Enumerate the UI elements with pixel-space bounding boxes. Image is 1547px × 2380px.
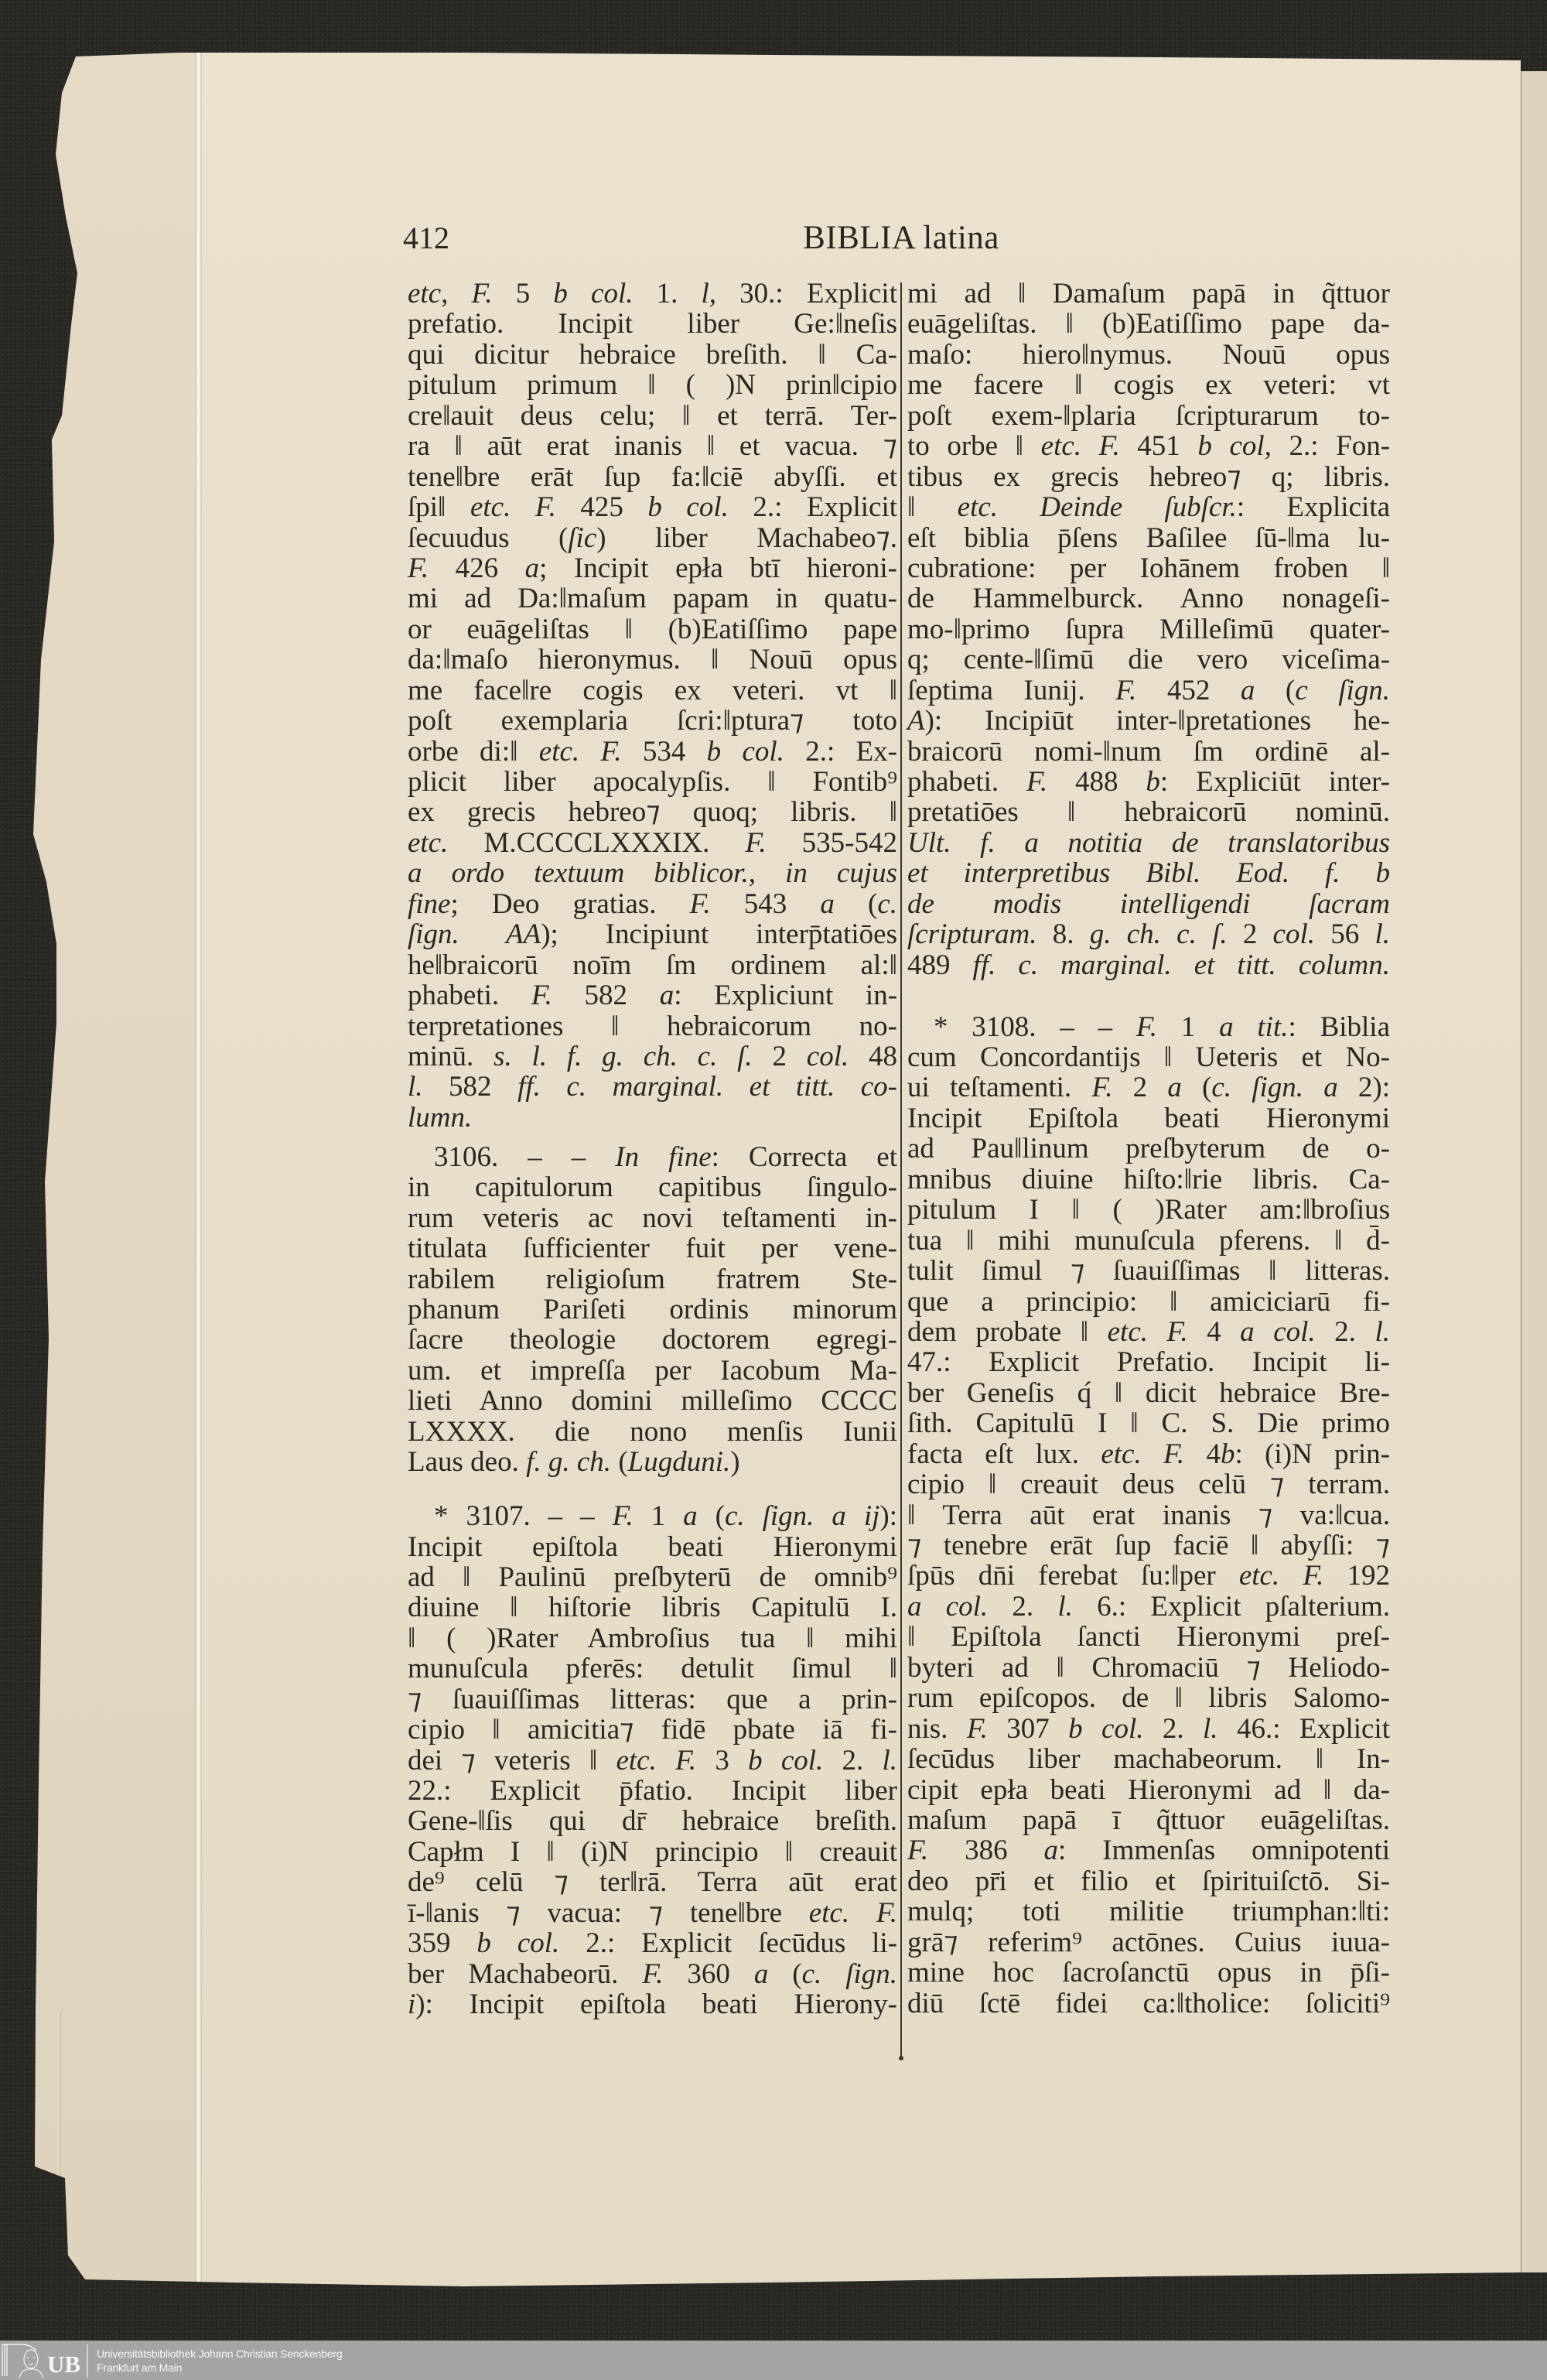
- text-line: Incipit Epiſtola beati Hieronymi: [907, 1103, 1390, 1134]
- roman-run: mnibus diuine hiſto:‖rie libris. Ca-: [907, 1164, 1390, 1195]
- roman-run: prefatio. Incipit liber Ge:‖neſis: [408, 308, 897, 340]
- roman-run: (: [835, 888, 877, 920]
- italic-run: F.: [472, 278, 493, 309]
- text-line: ex grecis hebreo⁊ quoq; libris. ‖: [408, 797, 897, 827]
- text-line: cre‖auit deus celu; ‖ et terrā. Ter-: [408, 401, 897, 431]
- roman-run: 2.: [823, 1745, 882, 1776]
- text-line: orbe di:‖ etc. F. 534 b col. 2.: Ex-: [408, 737, 897, 767]
- roman-run: 425: [556, 491, 647, 523]
- roman-run: 535-542: [767, 827, 897, 859]
- roman-run: * 3108. – –: [934, 1011, 1136, 1043]
- roman-run: poſt exem-‖plaria ſcripturarum to-: [907, 400, 1390, 432]
- text-line: in capitulorum capitibus ſingulo-: [408, 1172, 897, 1202]
- italic-run: F.: [1136, 1011, 1157, 1043]
- roman-run: mo-‖primo ſupra Milleſimū quater-: [907, 614, 1390, 645]
- roman-run: ra ‖ aūt erat inanis ‖ et vacua. ⁊: [408, 430, 897, 462]
- text-line: qui dicitur hebraice breſith. ‖ Ca-: [408, 340, 897, 370]
- roman-run: ſecuudus (: [408, 522, 568, 554]
- roman-run: diū ſctē fidei ca:‖tholice: ſoliciti⁹: [907, 1988, 1390, 2019]
- roman-run: de⁹ celū ⁊ ter‖rā. Terra aūt erat: [408, 1866, 897, 1898]
- italic-run: b col,: [1197, 430, 1272, 462]
- catalog-entry-3107: * 3107. – – F. 1 a (c. ſign. a ij):Incip…: [408, 1501, 897, 2019]
- underlying-page-edge: [1516, 71, 1547, 2272]
- text-line: ſpi‖ etc. F. 425 b col. 2.: Explicit: [408, 492, 897, 522]
- italic-run: l.: [1203, 1713, 1218, 1745]
- text-line: de Hammelburck. Anno nonageſi-: [907, 583, 1390, 614]
- text-line: ſecūdus liber machabeorum. ‖ In-: [907, 1744, 1390, 1774]
- text-line: eſt biblia p̄ſens Baſilee ſū-‖ma lu-: [907, 523, 1390, 553]
- roman-run: 2.: Fon-: [1272, 430, 1390, 462]
- italic-run: ſic: [568, 522, 596, 554]
- text-line: phabeti. F. 582 a: Expliciunt in-: [408, 980, 897, 1010]
- roman-run: phabeti.: [907, 766, 1026, 798]
- roman-run: 2.: [1144, 1713, 1204, 1745]
- italic-run: g. ch. c. ſ.: [1090, 918, 1228, 950]
- text-line: * 3108. – – F. 1 a tit.: Biblia: [907, 1012, 1390, 1042]
- roman-run: 451: [1120, 430, 1198, 462]
- italic-run: ff. c. marginal. et titt. column.: [973, 949, 1390, 981]
- text-line: me facere ‖ cogis ex veteri: vt: [907, 370, 1390, 400]
- roman-run: 4: [1184, 1438, 1221, 1470]
- italic-run: etc. F.: [1041, 430, 1120, 462]
- roman-run: pitulum primum ‖ ( )N prin‖cipio: [408, 369, 897, 401]
- entry-continuation: mi ad ‖ Damaſum papā in q̃ttuoreuāgeliſt…: [907, 279, 1390, 980]
- roman-run: tene‖bre erāt ſup fa:‖ciē abyſſi. et: [408, 461, 897, 493]
- text-line: diū ſctē fidei ca:‖tholice: ſoliciti⁹: [907, 1988, 1390, 2019]
- roman-run: 22.: Explicit p̄fatio. Incipit liber: [408, 1775, 897, 1807]
- roman-run: ſith. Capitulū I ‖ C. S. Die primo: [907, 1407, 1390, 1439]
- roman-run: ); Incipiunt interp̄tatiōes: [541, 918, 897, 950]
- italic-run: etc. F.: [616, 1745, 696, 1776]
- roman-run: dem probate ‖: [907, 1316, 1108, 1348]
- roman-run: orbe di:‖: [408, 736, 539, 768]
- roman-run: me facere ‖ cogis ex veteri: vt: [907, 369, 1390, 401]
- roman-run: braicorū nomi-‖num ſm ordinē al-: [907, 736, 1390, 768]
- column-divider: [900, 282, 902, 2058]
- roman-run: 2.: Explicit ſecūdus li-: [559, 1927, 897, 1959]
- italic-run: F.: [967, 1713, 988, 1745]
- roman-run: 488: [1047, 766, 1146, 798]
- text-line: ī-‖anis ⁊ vacua: ⁊ tene‖bre etc. F.: [408, 1898, 897, 1928]
- footer-bar: UB Universitätsbibliothek Johann Christi…: [0, 2341, 1547, 2380]
- roman-run: : Biblia: [1289, 1011, 1391, 1043]
- italic-run: F.: [613, 1500, 633, 1532]
- text-line: cipio ‖ creauit deus celū ⁊ terram.: [907, 1469, 1390, 1499]
- text-line: to orbe ‖ etc. F. 451 b col, 2.: Fon-: [907, 431, 1390, 461]
- roman-run: 192: [1323, 1560, 1390, 1592]
- roman-run: : Explicita: [1237, 491, 1390, 523]
- roman-run: 2: [753, 1041, 807, 1072]
- text-line: deo pr̄i et filio et ſpirituiſctō. Si-: [907, 1866, 1390, 1896]
- roman-run: in capitulorum capitibus ſingulo-: [408, 1171, 897, 1203]
- roman-run: ſeptima Iunij.: [907, 675, 1115, 706]
- text-line: et interpretibus Bibl. Eod. f. b: [907, 858, 1390, 888]
- portrait-icon: [19, 2350, 43, 2378]
- roman-run: [1279, 1560, 1303, 1592]
- text-line: pretatiōes ‖ hebraicorū nominū.: [907, 797, 1390, 827]
- italic-run: l.: [1375, 918, 1390, 950]
- italic-run: Lugduni.: [628, 1446, 731, 1478]
- italic-run: l.: [408, 1071, 423, 1103]
- text-line: ra ‖ aūt erat inanis ‖ et vacua. ⁊: [408, 431, 897, 461]
- text-line: prefatio. Incipit liber Ge:‖neſis: [408, 309, 897, 339]
- italic-run: i: [408, 1988, 415, 2020]
- italic-run: ſign. AA: [408, 918, 541, 950]
- roman-run: ‖: [907, 491, 958, 523]
- italic-run: In fine: [615, 1141, 711, 1173]
- italic-run: b col.: [748, 1745, 823, 1776]
- italic-run: etc. F.: [1101, 1438, 1184, 1470]
- text-line: nis. F. 307 b col. 2. l. 46.: Explicit: [907, 1714, 1390, 1744]
- text-line: Incipit epiſtola beati Hieronymi: [408, 1532, 897, 1562]
- roman-run: ſacre theologie doctorem egregi-: [408, 1324, 897, 1356]
- text-line: cipit epła beati Hieronymi ad ‖ da-: [907, 1775, 1390, 1805]
- roman-run: pitulum I ‖ ( )Rater am:‖broſius: [907, 1194, 1390, 1226]
- roman-run: 2.: [1316, 1316, 1375, 1348]
- roman-run: pretatiōes ‖ hebraicorū nominū.: [907, 796, 1390, 828]
- roman-run: 30.: Explicit: [716, 278, 897, 309]
- italic-run: a: [754, 1958, 769, 1990]
- text-line: Gene-‖ſis qui dr̄ hebraice breſith.: [408, 1806, 897, 1836]
- text-line: diuine ‖ hiſtorie libris Capitulū I.: [408, 1592, 897, 1623]
- roman-run: ):: [879, 1500, 897, 1532]
- ub-logo: UB: [0, 2341, 93, 2380]
- roman-run: maſo: hiero‖nymus. Nouū opus: [907, 339, 1390, 371]
- text-line: etc, F. 5 b col. 1. l, 30.: Explicit: [408, 279, 897, 309]
- text-line: ſith. Capitulū I ‖ C. S. Die primo: [907, 1408, 1390, 1438]
- text-line: ad Pau‖linum preſbyterum de o-: [907, 1134, 1390, 1164]
- roman-run: munuſcula pferēs: detulit ſimul ‖: [408, 1653, 897, 1684]
- roman-run: byteri ad ‖ Chromaciū ⁊ Heliodo-: [907, 1652, 1390, 1684]
- roman-run: [511, 491, 535, 523]
- catalog-entry-3106: 3106. – – In fine: Correcta etin capitul…: [408, 1142, 897, 1478]
- italic-run: a: [820, 888, 835, 920]
- text-line: ſacre theologie doctorem egregi-: [408, 1325, 897, 1355]
- text-line: a ordo textuum biblicor., in cujus: [408, 858, 897, 888]
- roman-run: : Expliciunt in-: [674, 980, 897, 1011]
- roman-run: cipio ‖ amicitia⁊ fidē pbate iā fi-: [408, 1714, 897, 1746]
- roman-run: rum epiſcopos. de ‖ libris Salomo-: [907, 1682, 1390, 1714]
- text-line: F. 426 a; Incipit epła btī hieroni-: [408, 553, 897, 583]
- italic-run: etc.: [408, 827, 448, 859]
- text-line: q; cente-‖ſimū die vero viceſima-: [907, 645, 1390, 675]
- italic-run: etc.: [1239, 1560, 1279, 1592]
- roman-run: ad Pau‖linum preſbyterum de o-: [907, 1133, 1390, 1164]
- italic-run: b: [1146, 766, 1160, 798]
- roman-run: cum Concordantijs ‖ Ueteris et No-: [907, 1041, 1390, 1073]
- italic-run: b: [1221, 1438, 1235, 1470]
- text-line: cipio ‖ amicitia⁊ fidē pbate iā fi-: [408, 1715, 897, 1745]
- text-line: minū. s. l. f. g. ch. c. ſ. 2 col. 48: [408, 1041, 897, 1072]
- roman-run: 1: [633, 1500, 683, 1532]
- text-line: ber Geneſis q́ ‖ dicit hebraice Bre-: [907, 1378, 1390, 1408]
- roman-run: phabeti.: [408, 980, 531, 1011]
- italic-run: b col.: [707, 736, 784, 768]
- italic-run: l.: [1375, 1316, 1390, 1348]
- roman-run: ): Incipiūt inter-‖pretationes he-: [925, 705, 1390, 737]
- roman-run: um. et impreſſa per Iacobum Ma-: [408, 1355, 897, 1387]
- roman-run: ex grecis hebreo⁊ quoq; libris. ‖: [408, 796, 897, 828]
- catalog-entry-3108: * 3108. – – F. 1 a tit.: Bibliacum Conco…: [907, 1012, 1390, 2019]
- text-line: phabeti. F. 488 b: Expliciūt inter-: [907, 767, 1390, 797]
- roman-run: que a principio: ‖ amiciciarū fi-: [907, 1286, 1390, 1318]
- roman-run: Capłm I ‖ (i)N principio ‖ creauit: [408, 1836, 897, 1868]
- roman-run: lieti Anno domini milleſimo CCCC: [408, 1385, 897, 1417]
- roman-run: 452: [1136, 675, 1241, 706]
- books-icon: [2, 2344, 36, 2376]
- roman-run: 47.: Explicit Prefatio. Incipit li-: [907, 1346, 1390, 1378]
- italic-run: l.: [882, 1745, 897, 1776]
- roman-run: euāgeliſtas. ‖ (b)Eatiſſimo pape da-: [907, 308, 1390, 340]
- italic-run: b col.: [476, 1927, 559, 1959]
- italic-run: F.: [745, 827, 766, 859]
- italic-run: c.: [877, 888, 897, 920]
- text-line: rum epiſcopos. de ‖ libris Salomo-: [907, 1683, 1390, 1713]
- italic-run: F.: [408, 552, 429, 584]
- roman-run: : Correcta et: [712, 1141, 897, 1173]
- text-line: cubratione: per Iohānem froben ‖: [907, 553, 1390, 583]
- italic-run: etc.: [470, 491, 511, 523]
- text-line: tene‖bre erāt ſup fa:‖ciē abyſſi. et: [408, 462, 897, 492]
- roman-run: ‖ Epiſtola ſancti Hieronymi preſ-: [907, 1621, 1390, 1653]
- roman-run: 534: [622, 736, 707, 768]
- text-line: braicorū nomi-‖num ſm ordinē al-: [907, 737, 1390, 767]
- text-line: um. et impreſſa per Iacobum Ma-: [408, 1356, 897, 1386]
- roman-run: ): [730, 1446, 739, 1478]
- italic-run: lumn.: [408, 1102, 472, 1134]
- text-line: ſign. AA); Incipiunt interp̄tatiōes: [408, 919, 897, 949]
- roman-run: 2: [1112, 1072, 1167, 1103]
- text-line: ad ‖ Paulinū preſbyterū de omnib⁹: [408, 1562, 897, 1592]
- text-column-right: mi ad ‖ Damaſum papā in q̃ttuoreuāgeliſt…: [907, 279, 1390, 2019]
- roman-run: Gene-‖ſis qui dr̄ hebraice breſith.: [408, 1805, 897, 1837]
- text-line: byteri ad ‖ Chromaciū ⁊ Heliodo-: [907, 1653, 1390, 1683]
- roman-run: 489: [907, 949, 973, 981]
- text-line: mo-‖primo ſupra Milleſimū quater-: [907, 614, 1390, 645]
- italic-run: F.: [690, 888, 711, 920]
- roman-run: nis.: [907, 1713, 967, 1745]
- text-line: pitulum primum ‖ ( )N prin‖cipio: [408, 370, 897, 400]
- roman-run: 359: [408, 1927, 476, 1959]
- italic-run: a col.: [907, 1591, 988, 1623]
- italic-run: c ſign.: [1295, 675, 1390, 706]
- text-line: munuſcula pferēs: detulit ſimul ‖: [408, 1653, 897, 1684]
- roman-run: ‖ ( )Rater Ambroſius tua ‖ mihi: [408, 1623, 897, 1654]
- italic-run: a: [1241, 675, 1255, 706]
- italic-run: a: [525, 552, 540, 584]
- roman-run: (: [768, 1958, 801, 1990]
- roman-run: mi ad ‖ Damaſum papā in q̃ttuor: [907, 278, 1390, 309]
- roman-run: : Immenſas omnipotenti: [1058, 1835, 1390, 1866]
- roman-run: q; cente-‖ſimū die vero viceſima-: [907, 644, 1390, 675]
- roman-run: ): Incipit epiſtola beati Hierony-: [415, 1988, 897, 2020]
- italic-run: etc. F.: [539, 736, 622, 768]
- roman-run: ad ‖ Paulinū preſbyterū de omnib⁹: [408, 1561, 897, 1593]
- logo-text: UB: [47, 2351, 80, 2378]
- text-line: ‖ Epiſtola ſancti Hieronymi preſ-: [907, 1622, 1390, 1652]
- text-line: mulq; toti militie triumphan:‖ti:: [907, 1896, 1390, 1927]
- text-line: ſcripturam. 8. g. ch. c. ſ. 2 col. 56 l.: [907, 919, 1390, 949]
- text-line: LXXXX. die nono menſis Iunii: [408, 1417, 897, 1447]
- roman-run: * 3107. – –: [434, 1500, 613, 1532]
- roman-run: 543: [711, 888, 821, 920]
- roman-run: (: [698, 1500, 725, 1532]
- italic-run: et interpretibus Bibl. Eod. f. b: [907, 857, 1390, 889]
- italic-run: F.: [1026, 766, 1047, 798]
- roman-run: ſpūs dn̄i ferebat ſu:‖per: [907, 1560, 1239, 1592]
- roman-run: or euāgeliſtas ‖ (b)Eatiſſimo pape: [408, 614, 897, 645]
- text-line: Capłm I ‖ (i)N principio ‖ creauit: [408, 1837, 897, 1867]
- page-crease: [195, 46, 202, 2290]
- text-line: ⁊ tenebre erāt ſup faciē ‖ abyſſi: ⁊: [907, 1530, 1390, 1561]
- text-line: da:‖maſo hieronymus. ‖ Nouū opus: [408, 645, 897, 675]
- roman-run: ‖ Terra aūt erat inanis ⁊ va:‖cua.: [907, 1499, 1390, 1531]
- library-city: Frankfurt am Main: [97, 2361, 342, 2375]
- roman-run: M.CCCCLXXXIX.: [448, 827, 745, 859]
- italic-run: s. l. f. g. ch. c. ſ.: [493, 1041, 753, 1072]
- text-line: l. 582 ff. c. marginal. et titt. co-: [408, 1072, 897, 1102]
- italic-run: l,: [702, 278, 717, 309]
- text-line: maſum papā ī q̃ttuor euāgeliſtas.: [907, 1805, 1390, 1835]
- roman-run: cipio ‖ creauit deus celū ⁊ terram.: [907, 1469, 1390, 1500]
- text-line: tibus ex grecis hebreo⁊ q; libris.: [907, 462, 1390, 492]
- roman-run: Incipit epiſtola beati Hieronymi: [408, 1531, 897, 1563]
- text-line: que a principio: ‖ amiciciarū fi-: [907, 1287, 1390, 1317]
- roman-run: 3106. – –: [434, 1141, 615, 1173]
- italic-run: l.: [1057, 1591, 1073, 1623]
- running-title: BIBLIA latina: [669, 221, 1133, 255]
- italic-run: b col.: [647, 491, 728, 523]
- text-line: maſo: hiero‖nymus. Nouū opus: [907, 340, 1390, 370]
- text-line: tulit ſimul ⁊ ſuauiſſimas ‖ litteras.: [907, 1256, 1390, 1286]
- italic-run: fine: [408, 888, 450, 920]
- text-line: de modis intelligendi ſacram: [907, 889, 1390, 919]
- text-line: ſeptima Iunij. F. 452 a (c ſign.: [907, 675, 1390, 706]
- text-line: A): Incipiūt inter-‖pretationes he-: [907, 706, 1390, 736]
- roman-run: 582: [423, 1071, 518, 1103]
- text-line: grā⁊ referim⁹ actōnes. Cuius iuua-: [907, 1927, 1390, 1958]
- roman-run: rabilem religioſum fratrem Ste-: [408, 1264, 897, 1295]
- roman-run: 1.: [633, 278, 701, 309]
- text-line: euāgeliſtas. ‖ (b)Eatiſſimo pape da-: [907, 309, 1390, 339]
- italic-run: etc. F.: [1108, 1316, 1188, 1348]
- roman-run: facta eſt lux.: [907, 1438, 1101, 1470]
- text-line: plicit liber apocalypſis. ‖ Fontib⁹: [408, 767, 897, 797]
- page-number: 412: [403, 223, 449, 254]
- roman-run: eſt biblia p̄ſens Baſilee ſū-‖ma lu-: [907, 522, 1390, 554]
- italic-run: ſcripturam.: [907, 918, 1037, 950]
- roman-run: tibus ex grecis hebreo⁊ q; libris.: [907, 461, 1390, 493]
- roman-run: Laus deo.: [408, 1446, 526, 1478]
- roman-run: 360: [663, 1958, 753, 1990]
- text-line: de⁹ celū ⁊ ter‖rā. Terra aūt erat: [408, 1867, 897, 1897]
- italic-run: A: [907, 705, 925, 737]
- roman-run: cre‖auit deus celu; ‖ et terrā. Ter-: [408, 400, 897, 432]
- roman-run: ⁊ tenebre erāt ſup faciē ‖ abyſſi: ⁊: [907, 1530, 1390, 1561]
- text-line: rum veteris ac novi teſtamenti in-: [408, 1203, 897, 1233]
- roman-run: Incipit Epiſtola beati Hieronymi: [907, 1103, 1390, 1134]
- text-line: he‖braicorū noīm ſm ordinem al:‖: [408, 950, 897, 980]
- text-line: dem probate ‖ etc. F. 4 a col. 2. l.: [907, 1317, 1390, 1347]
- roman-run: mi ad Da:‖maſum papam in quatu-: [408, 583, 897, 614]
- text-line: facta eſt lux. etc. F. 4b: (i)N prin-: [907, 1439, 1390, 1469]
- roman-run: tua ‖ mihi munuſcula pferens. ‖ d̄-: [907, 1225, 1390, 1257]
- roman-run: : (i)N prin-: [1235, 1438, 1390, 1470]
- roman-run: 582: [552, 980, 660, 1011]
- italic-run: a tit.: [1219, 1011, 1288, 1043]
- text-line: ſecuudus (ſic) liber Machabeo⁊.: [408, 523, 897, 553]
- italic-run: f. g. ch.: [526, 1446, 611, 1478]
- roman-run: phanum Pariſeti ordinis minorum: [408, 1294, 897, 1325]
- text-line: lumn.: [408, 1103, 897, 1133]
- italic-run: a: [683, 1500, 698, 1532]
- entry-continuation: etc, F. 5 b col. 1. l, 30.: Explicitpref…: [408, 279, 897, 1133]
- text-line: 22.: Explicit p̄fatio. Incipit liber: [408, 1776, 897, 1806]
- roman-run: he‖braicorū noīm ſm ordinem al:‖: [408, 949, 897, 981]
- roman-run: rum veteris ac novi teſtamenti in-: [408, 1202, 897, 1234]
- italic-run: de modis intelligendi ſacram: [907, 888, 1390, 920]
- roman-run: LXXXX. die nono menſis Iunii: [408, 1416, 897, 1448]
- text-line: cum Concordantijs ‖ Ueteris et No-: [907, 1042, 1390, 1072]
- roman-run: da:‖maſo hieronymus. ‖ Nouū opus: [408, 644, 897, 675]
- roman-run: plicit liber apocalypſis. ‖ Fontib⁹: [408, 766, 897, 798]
- roman-run: minū.: [408, 1041, 493, 1072]
- text-line: phanum Pariſeti ordinis minorum: [408, 1294, 897, 1325]
- roman-run: ſecūdus liber machabeorum. ‖ In-: [907, 1743, 1390, 1775]
- text-line: 489 ff. c. marginal. et titt. column.: [907, 950, 1390, 980]
- text-line: Laus deo. f. g. ch. (Lugduni.): [408, 1447, 897, 1477]
- text-line: F. 386 a: Immenſas omnipotenti: [907, 1835, 1390, 1865]
- text-line: fine; Deo gratias. F. 543 a (c.: [408, 889, 897, 919]
- roman-run: poſt exemplaria ſcri:‖ptura⁊ toto: [408, 705, 897, 737]
- roman-run: 1: [1157, 1011, 1219, 1043]
- text-line: 3106. – – In fine: Correcta et: [408, 1142, 897, 1172]
- roman-run: deo pr̄i et filio et ſpirituiſctō. Si-: [907, 1865, 1390, 1897]
- text-line: i): Incipit epiſtola beati Hierony-: [408, 1989, 897, 2019]
- library-credit: Universitätsbibliothek Johann Christian …: [97, 2347, 342, 2375]
- roman-run: (: [611, 1446, 628, 1478]
- roman-run: : Expliciūt inter-: [1160, 766, 1390, 798]
- roman-run: 2.: [988, 1591, 1057, 1623]
- text-line: ſpūs dn̄i ferebat ſu:‖per etc. F. 192: [907, 1561, 1390, 1591]
- text-line: 47.: Explicit Prefatio. Incipit li-: [907, 1347, 1390, 1377]
- roman-run: 3: [696, 1745, 748, 1776]
- roman-run: 426: [429, 552, 525, 584]
- roman-run: 48: [849, 1041, 897, 1072]
- roman-run: (: [1182, 1072, 1212, 1103]
- text-line: mi ad ‖ Damaſum papā in q̃ttuor: [907, 279, 1390, 309]
- roman-run: ui teſtamenti.: [907, 1072, 1091, 1103]
- text-line: poſt exem-‖plaria ſcripturarum to-: [907, 401, 1390, 431]
- text-line: ⁊ ſuauiſſimas litteras: que a prin-: [408, 1684, 897, 1715]
- roman-run: qui dicitur hebraice breſith. ‖ Ca-: [408, 339, 897, 371]
- roman-run: titulata ſufficienter fuit per vene-: [408, 1233, 897, 1264]
- roman-run: diuine ‖ hiſtorie libris Capitulū I.: [408, 1592, 897, 1623]
- italic-run: a: [1167, 1072, 1182, 1103]
- italic-run: F.: [535, 491, 556, 523]
- italic-run: a ordo textuum biblicor., in cujus: [408, 857, 897, 889]
- text-line: ‖ Terra aūt erat inanis ⁊ va:‖cua.: [907, 1500, 1390, 1530]
- text-line: tua ‖ mihi munuſcula pferens. ‖ d̄-: [907, 1226, 1390, 1256]
- text-line: 359 b col. 2.: Explicit ſecūdus li-: [408, 1928, 897, 1958]
- italic-run: F.: [642, 1958, 663, 1990]
- italic-run: F.: [1303, 1560, 1323, 1592]
- roman-run: cubratione: per Iohānem froben ‖: [907, 552, 1390, 584]
- roman-run: ber Geneſis q́ ‖ dicit hebraice Bre-: [907, 1377, 1390, 1409]
- roman-run: 5: [493, 278, 554, 309]
- italic-run: Ult. f. a notitia de translatoribus: [907, 827, 1390, 859]
- roman-run: 6.: Explicit pſalterium.: [1073, 1591, 1390, 1623]
